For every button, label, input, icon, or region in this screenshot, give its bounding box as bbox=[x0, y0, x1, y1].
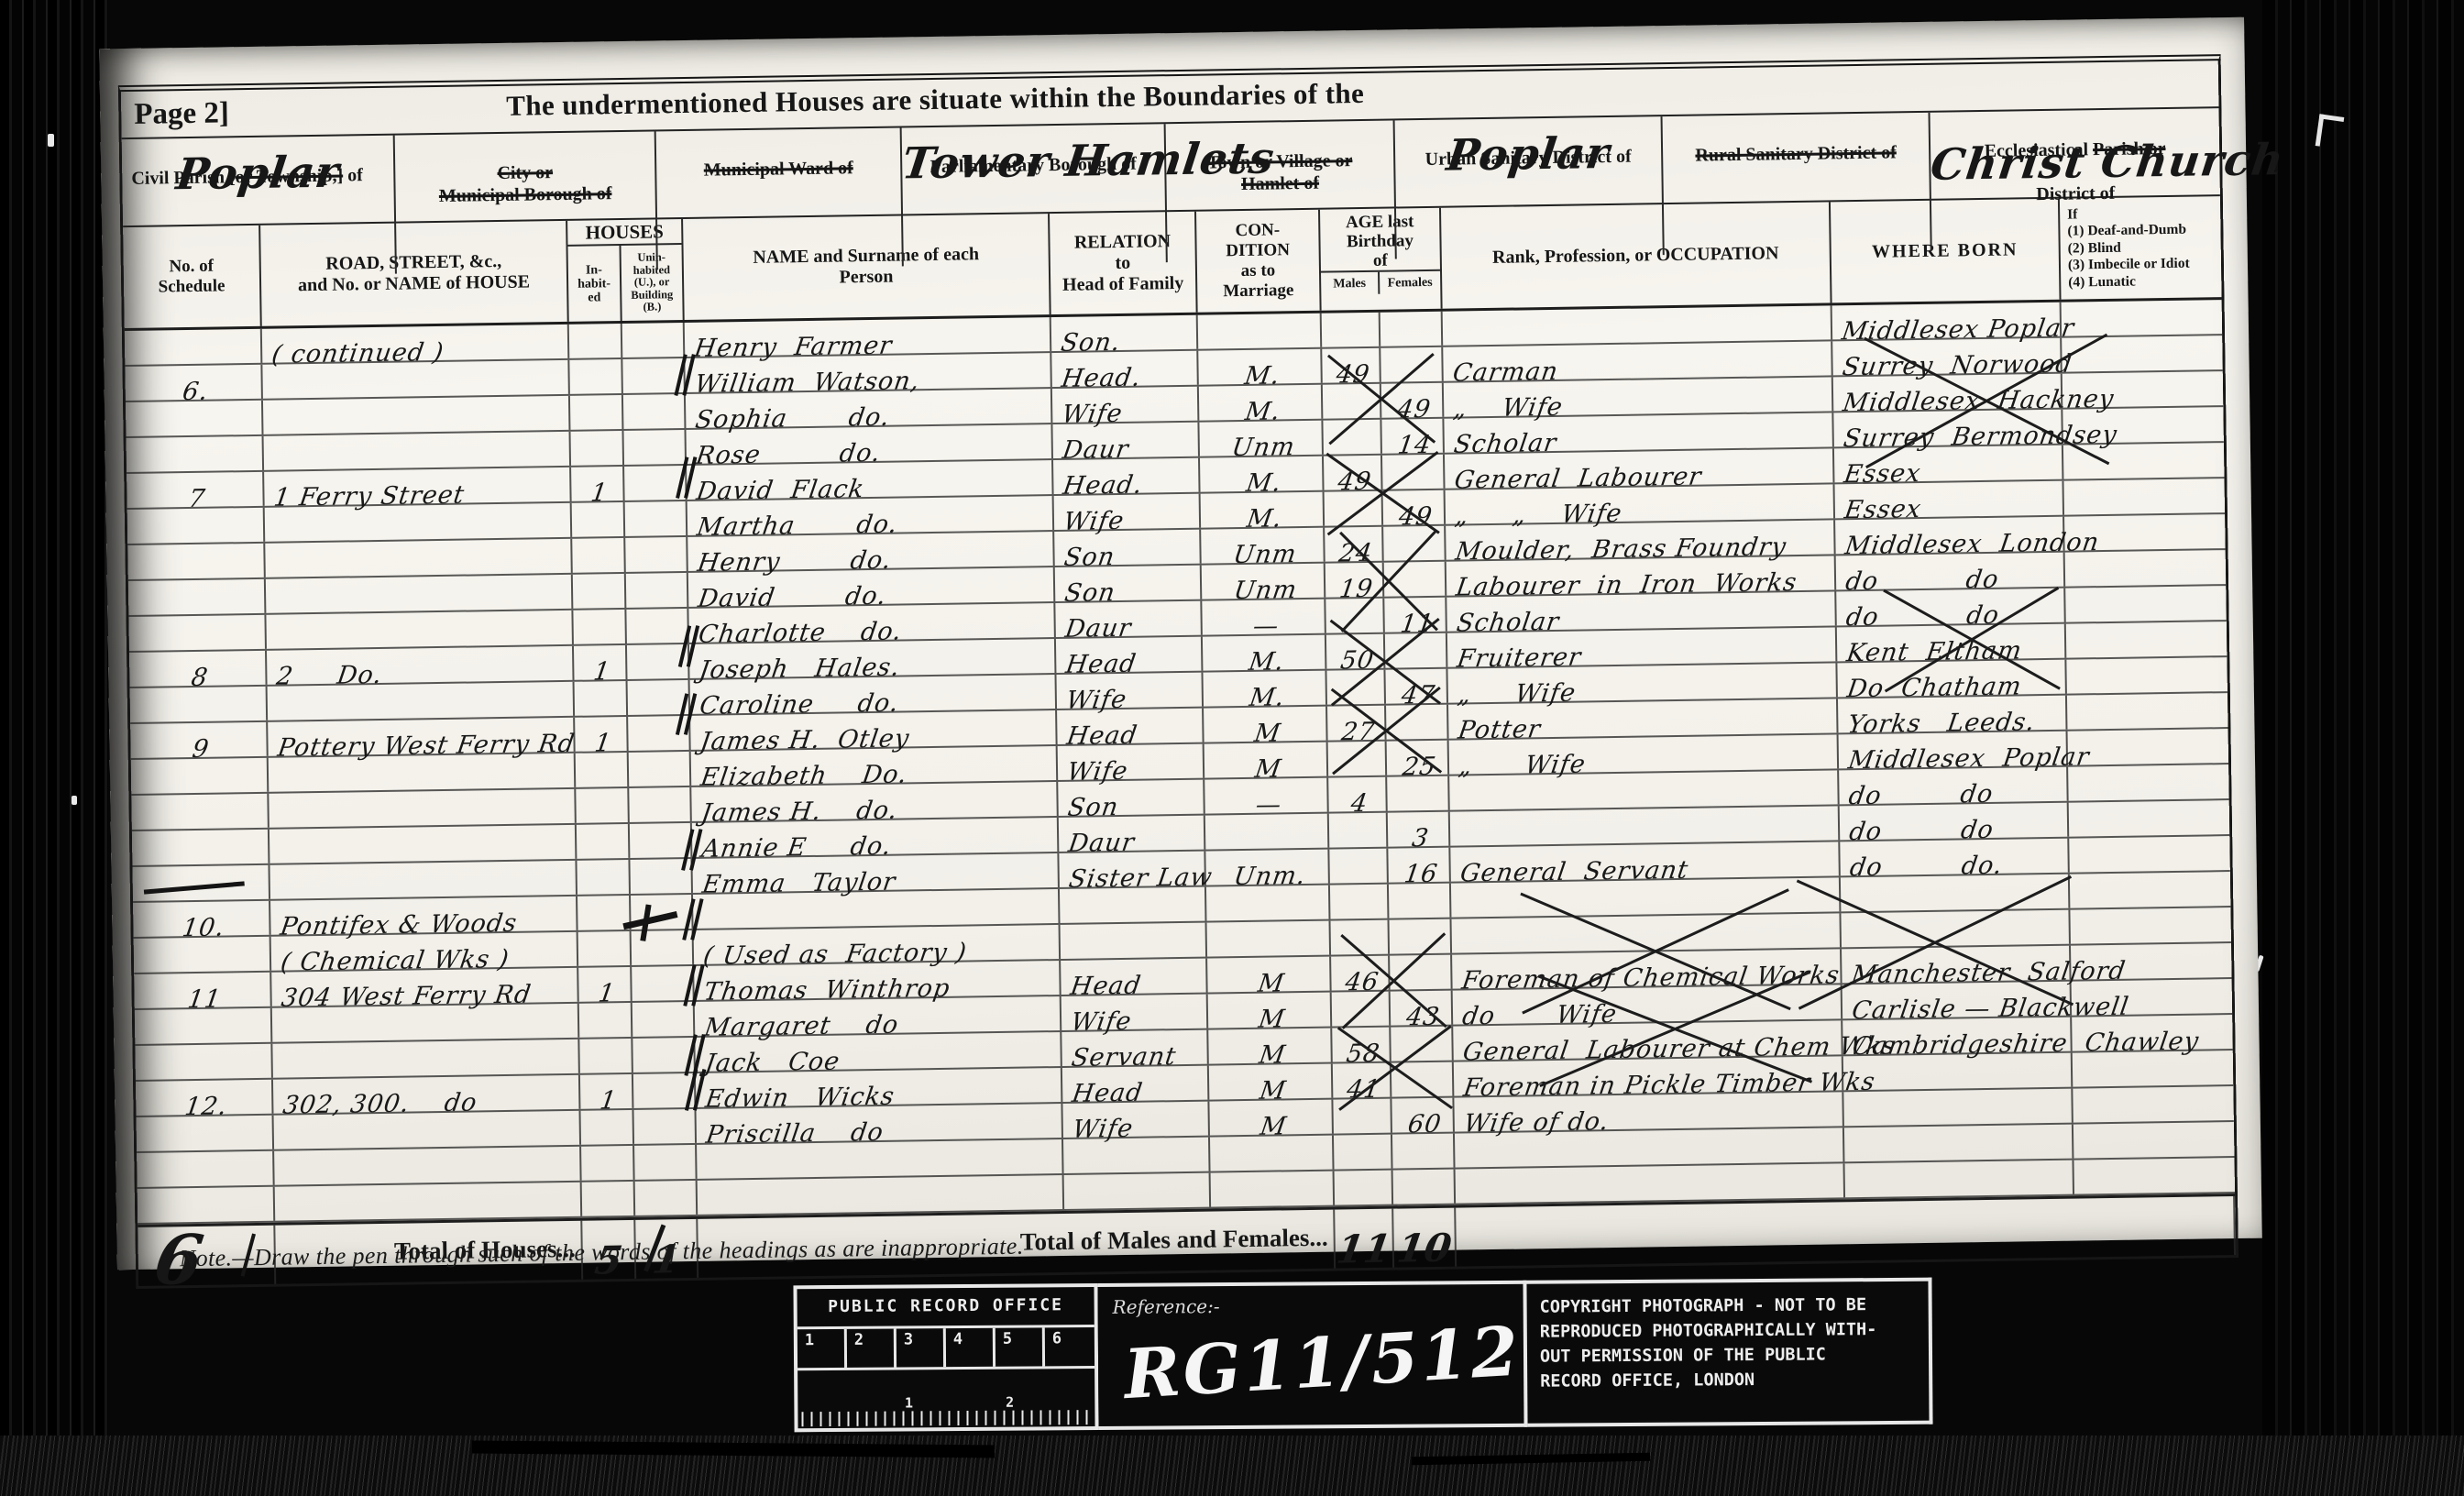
handwritten-name: Sophia do. bbox=[694, 403, 892, 434]
handwritten-name: Thomas Winthrop bbox=[702, 974, 952, 1006]
cell-name: ( Used as Factory ) bbox=[694, 925, 1061, 964]
cell-uninhabited bbox=[628, 716, 691, 751]
ruler-number: 2 bbox=[847, 1329, 896, 1368]
cell-inhabited bbox=[570, 431, 624, 466]
handwritten-where-born: Middlesex Poplar bbox=[1840, 313, 2076, 346]
cell-infirmity bbox=[2066, 657, 2227, 694]
ruler-number: 1 bbox=[797, 1329, 847, 1368]
field-town-village: Town or Village or Hamlet of bbox=[1166, 120, 1397, 262]
cell-uninhabited bbox=[623, 394, 687, 429]
cell-age-female: 47 bbox=[1385, 669, 1448, 704]
handwritten-relation: Head bbox=[1071, 1079, 1145, 1108]
cell-infirmity bbox=[2073, 1158, 2235, 1194]
cell-age-female: 16 bbox=[1388, 848, 1451, 883]
cell-age-female bbox=[1391, 1062, 1455, 1097]
ruler-ticks bbox=[801, 1410, 1091, 1426]
handwritten-relation: Head. bbox=[1060, 364, 1143, 393]
cell-where-born bbox=[1841, 910, 2071, 948]
handwritten-name: Elizabeth Do. bbox=[698, 760, 909, 791]
handwritten-age-male: 27 bbox=[1340, 718, 1378, 747]
handwritten-relation: Head. bbox=[1061, 471, 1145, 500]
handwritten-condition: M. bbox=[1245, 504, 1284, 533]
handwritten-condition: M. bbox=[1244, 468, 1283, 498]
handwritten-condition: M bbox=[1252, 719, 1282, 747]
handwritten-occupation: Wife of do. bbox=[1462, 1107, 1611, 1138]
field-label-struck: Town or Village or Hamlet of bbox=[1207, 150, 1353, 194]
handwritten-where-born: Cambridgeshire Chawley bbox=[1851, 1028, 2201, 1061]
cell-inhabited bbox=[579, 1039, 633, 1073]
handwritten-where-born: Surrey Bermondsey bbox=[1842, 421, 2119, 453]
cell-uninhabited bbox=[633, 1073, 697, 1108]
handwritten-condition: Unm bbox=[1229, 433, 1296, 462]
cell-age-male: 46 bbox=[1331, 956, 1391, 991]
handwritten-where-born: Essex bbox=[1842, 495, 1923, 524]
cell-uninhabited bbox=[629, 787, 692, 822]
handwritten-condition: M bbox=[1258, 1112, 1288, 1140]
handwritten-name: Priscilla do bbox=[704, 1118, 885, 1149]
cell-infirmity bbox=[2068, 729, 2229, 765]
cell-occupation bbox=[1450, 806, 1841, 845]
cell-age-male: 49 bbox=[1322, 348, 1381, 383]
handwritten-value: Christ Church bbox=[1930, 150, 2221, 177]
handwritten-schedule: 12. bbox=[183, 1092, 229, 1121]
handwritten-where-born: Essex bbox=[1842, 459, 1923, 489]
cell-age-male bbox=[1333, 1099, 1392, 1134]
cell-occupation bbox=[1451, 913, 1842, 952]
cell-age-male: 49 bbox=[1324, 456, 1383, 490]
cell-inhabited bbox=[573, 574, 627, 609]
handwritten-condition: M bbox=[1256, 969, 1286, 997]
handwritten-condition: Unm bbox=[1231, 540, 1298, 569]
handwritten-total: 11 bbox=[1334, 1226, 1393, 1272]
col-header-females: Females bbox=[1380, 271, 1440, 294]
cell-uninhabited bbox=[635, 1181, 698, 1215]
cell-road bbox=[266, 575, 574, 613]
cell-schedule: 10. bbox=[133, 901, 271, 937]
copyright-line: COPYRIGHT PHOTOGRAPH - NOT TO BE bbox=[1540, 1292, 1916, 1320]
copyright-line: RECORD OFFICE, LONDON bbox=[1540, 1367, 1916, 1394]
cell-name: Henry Farmer bbox=[685, 317, 1052, 357]
handwritten-where-born: Surrey Norwood bbox=[1841, 349, 2074, 381]
cell-inhabited bbox=[581, 1146, 635, 1181]
handwritten-age-male: 19 bbox=[1337, 575, 1375, 604]
cell-age-male: 24 bbox=[1325, 527, 1384, 562]
handwritten-name: Emma Taylor bbox=[700, 868, 897, 899]
handwritten-age-male: 24 bbox=[1337, 539, 1375, 568]
handwritten-condition: M bbox=[1256, 1005, 1286, 1033]
cell-road bbox=[266, 610, 574, 649]
cell-age-male bbox=[1328, 742, 1388, 776]
cell-infirmity bbox=[2065, 586, 2227, 622]
cell-age-male bbox=[1325, 599, 1385, 633]
field-municipal-ward: Municipal Ward of bbox=[656, 127, 904, 269]
cell-infirmity bbox=[2070, 872, 2231, 908]
handwritten-relation: Wife bbox=[1069, 1007, 1133, 1037]
handwritten-age-male: 49 bbox=[1335, 360, 1372, 390]
handwritten-occupation: Moulder, Brass Foundry bbox=[1454, 533, 1788, 566]
cell-schedule: 9 bbox=[130, 722, 269, 758]
handwritten-age-female: 25 bbox=[1401, 753, 1438, 782]
cell-infirmity bbox=[2069, 836, 2230, 873]
cell-age-female bbox=[1382, 455, 1446, 489]
handwritten-occupation: „ Wife bbox=[1457, 750, 1588, 780]
cell-inhabited bbox=[569, 359, 623, 394]
cell-relation: Son. bbox=[1051, 315, 1199, 351]
handwritten-age-female: 14 bbox=[1396, 431, 1434, 460]
handwritten-name: Martha do. bbox=[695, 511, 899, 542]
cell-condition bbox=[1198, 313, 1323, 349]
handwritten-age-male: 41 bbox=[1345, 1075, 1382, 1105]
cell-age-male: 58 bbox=[1332, 1028, 1391, 1062]
handwritten-occupation: do Wife bbox=[1460, 1000, 1619, 1031]
field-label-struck: City or Municipal Borough of bbox=[439, 162, 612, 206]
cell-age-male bbox=[1335, 1171, 1394, 1205]
handwritten-where-born: Kent Eltham bbox=[1844, 636, 2024, 667]
cell-road bbox=[269, 861, 577, 899]
cell-uninhabited bbox=[624, 466, 687, 500]
handwritten-relation: Servant bbox=[1070, 1042, 1178, 1072]
cell-schedule bbox=[127, 544, 266, 579]
totals-females-cell: 10 bbox=[1393, 1208, 1457, 1268]
cell-schedule: 8 bbox=[129, 651, 268, 687]
ruler-number: 2 bbox=[1006, 1394, 1014, 1411]
cell-road bbox=[275, 1182, 583, 1221]
cell-occupation: General Servant bbox=[1450, 841, 1841, 881]
cell-age-male bbox=[1323, 384, 1382, 419]
handwritten-condition: M. bbox=[1247, 647, 1286, 676]
handwritten-schedule: 10. bbox=[181, 913, 226, 942]
cell-inhabited bbox=[573, 610, 627, 644]
copyright-line: REPRODUCED PHOTOGRAPHICALLY WITH- bbox=[1540, 1317, 1916, 1345]
handwritten-value: Poplar bbox=[121, 161, 395, 187]
cell-age-male: 4 bbox=[1328, 777, 1388, 812]
cell-infirmity bbox=[2068, 764, 2229, 801]
handwritten-name: David do. bbox=[696, 582, 888, 613]
cell-age-male bbox=[1323, 420, 1382, 455]
handwritten-occupation: Labourer in Iron Works bbox=[1454, 568, 1798, 602]
ruler-number: 1 bbox=[905, 1394, 913, 1411]
handwritten-condition: M bbox=[1258, 1076, 1288, 1105]
cell-infirmity bbox=[2062, 300, 2223, 336]
handwritten-road: 304 West Ferry Rd bbox=[280, 981, 533, 1013]
cell-age-female: 43 bbox=[1391, 991, 1454, 1026]
handwritten-name: James H. do. bbox=[699, 797, 899, 828]
cell-age-female: 3 bbox=[1388, 812, 1451, 847]
handwritten-occupation: „ „ Wife bbox=[1453, 500, 1624, 531]
cell-age-female: 11 bbox=[1384, 598, 1447, 632]
handwritten-relation: Son bbox=[1062, 543, 1117, 572]
pro-copyright-box: COPYRIGHT PHOTOGRAPH - NOT TO BE REPRODU… bbox=[1526, 1278, 1932, 1427]
cell-road bbox=[263, 396, 571, 434]
cell-road: Pottery West Ferry Rd bbox=[268, 718, 576, 756]
handwritten-where-born: do do. bbox=[1848, 852, 2005, 883]
cell-infirmity bbox=[2073, 1086, 2234, 1123]
handwritten-occupation: Potter bbox=[1457, 715, 1543, 744]
cell-inhabited: 1 bbox=[575, 717, 629, 752]
cell-relation: Head bbox=[1061, 959, 1208, 995]
cell-age-female: 49 bbox=[1383, 490, 1446, 525]
pro-office-label: PUBLIC RECORD OFFICE bbox=[797, 1287, 1094, 1326]
cell-road bbox=[269, 825, 577, 863]
cell-inhabited bbox=[577, 824, 631, 859]
cell-uninhabited bbox=[632, 1002, 696, 1037]
cell-inhabited bbox=[575, 681, 629, 716]
handwritten-condition: — bbox=[1250, 611, 1280, 640]
handwritten-total: 10 bbox=[1394, 1226, 1454, 1271]
cell-age-male bbox=[1331, 920, 1391, 955]
cell-infirmity bbox=[2067, 693, 2228, 730]
handwritten-road: 2 Do. bbox=[275, 661, 385, 691]
cell-uninhabited bbox=[632, 1038, 696, 1072]
handwritten-condition: — bbox=[1253, 790, 1282, 819]
cell-road: 1 Ferry Street bbox=[264, 467, 572, 506]
ruler-number: 6 bbox=[1045, 1327, 1094, 1366]
cell-road: 302, 300. do bbox=[273, 1075, 581, 1114]
microfilm-frame: Page 2] The undermentioned Houses are si… bbox=[0, 0, 2464, 1496]
cell-age-female: 60 bbox=[1391, 1098, 1455, 1133]
cell-age-male: 19 bbox=[1325, 563, 1385, 598]
table-body-wrap: ( continued ) Henry Farmer Son. Middlese… bbox=[125, 300, 2235, 1225]
field-label-struck: Municipal Ward of bbox=[704, 158, 853, 180]
cell-age-male: 41 bbox=[1333, 1063, 1392, 1098]
cell-age-male bbox=[1329, 849, 1389, 884]
cell-inhabited bbox=[578, 931, 632, 966]
handwritten-occupation: General Labourer bbox=[1453, 463, 1704, 495]
cell-infirmity bbox=[2063, 478, 2225, 515]
cell-relation bbox=[1061, 923, 1208, 959]
field-civil-parish: Civil Parish [or Township,] of Poplar bbox=[122, 136, 397, 278]
handwritten-occupation: Scholar bbox=[1452, 429, 1558, 459]
handwritten-name: Rose do. bbox=[694, 439, 883, 470]
reference-number: RG11/512 bbox=[1122, 1313, 1523, 1415]
handwritten-where-born: do do bbox=[1844, 601, 2001, 632]
handwritten-name: Henry Farmer bbox=[692, 332, 894, 363]
pro-ruler-box: PUBLIC RECORD OFFICE 1 2 3 4 5 6 1 2 bbox=[793, 1283, 1098, 1432]
film-artifact bbox=[2315, 114, 2345, 148]
cell-age-female bbox=[1384, 562, 1447, 597]
cell-infirmity bbox=[2069, 800, 2230, 837]
pro-ruler-fine: 1 2 bbox=[797, 1369, 1094, 1428]
cell-uninhabited bbox=[625, 537, 688, 572]
cell-road bbox=[269, 789, 577, 828]
handwritten-road: ( Chemical Wks ) bbox=[279, 945, 511, 977]
cell-inhabited bbox=[579, 1003, 633, 1038]
totals-males-cell: 11 bbox=[1335, 1209, 1394, 1269]
cell-age-female: 25 bbox=[1387, 741, 1450, 775]
cell-occupation: Foreman of Chemical Works bbox=[1452, 949, 1842, 988]
handwritten-name: Caroline do. bbox=[698, 689, 901, 720]
ruler-number: 5 bbox=[995, 1327, 1045, 1366]
cell-schedule bbox=[135, 1044, 273, 1080]
handwritten-relation: Wife bbox=[1071, 1115, 1135, 1144]
cell-inhabited bbox=[582, 1182, 636, 1216]
cell-inhabited bbox=[569, 324, 623, 358]
handwritten-name: James H. Otley bbox=[698, 724, 912, 755]
cell-schedule bbox=[125, 329, 263, 365]
handwritten-name: Joseph Hales. bbox=[698, 654, 902, 685]
cell-schedule bbox=[126, 436, 265, 472]
handwritten-where-born: Middlesex London bbox=[1843, 528, 2102, 560]
cell-inhabited bbox=[577, 860, 631, 895]
handwritten-value: Poplar bbox=[1394, 142, 1663, 168]
handwritten-relation: Wife bbox=[1061, 507, 1126, 536]
handwritten-condition: Unm bbox=[1232, 576, 1299, 605]
cell-uninhabited bbox=[634, 1145, 698, 1180]
table-body: ( continued ) Henry Farmer Son. Middlese… bbox=[125, 300, 2235, 1225]
handwritten-schedule: 11 bbox=[186, 985, 224, 1015]
field-urban-sanitary: Urban Sanitary District of Poplar bbox=[1395, 116, 1665, 258]
totals-empty-cell bbox=[1456, 1196, 2236, 1267]
handwritten-name: Jack Coe bbox=[703, 1048, 841, 1078]
cell-uninhabited bbox=[633, 1109, 697, 1144]
handwritten-condition: M. bbox=[1248, 683, 1287, 712]
cell-inhabited bbox=[576, 753, 630, 787]
handwritten-age-female: 43 bbox=[1404, 1003, 1442, 1032]
cell-road bbox=[264, 432, 572, 470]
handwritten-where-born: Do Chatham bbox=[1845, 672, 2024, 703]
cell-inhabited bbox=[580, 1110, 634, 1145]
cell-age-male bbox=[1330, 885, 1390, 919]
field-ecclesiastical: Ecclesiastical Parish or District of Chr… bbox=[1930, 108, 2220, 251]
cell-schedule: 12. bbox=[136, 1080, 274, 1116]
handwritten-road: 1 Ferry Street bbox=[272, 481, 467, 512]
handwritten-occupation: Carman bbox=[1451, 357, 1560, 388]
field-label-struck: Rural Sanitary District of bbox=[1695, 142, 1897, 165]
cell-uninhabited bbox=[632, 930, 695, 965]
field-parliamentary-borough: Parliamentary Borough of Tower Hamlets bbox=[902, 124, 1168, 266]
cell-age-female bbox=[1392, 1134, 1456, 1169]
ruler-number: 4 bbox=[946, 1328, 995, 1367]
cell-uninhabited bbox=[627, 644, 690, 679]
cell-age-female bbox=[1380, 312, 1444, 346]
cell-road bbox=[274, 1147, 582, 1185]
handwritten-relation: Head bbox=[1065, 721, 1139, 751]
handwritten-occupation: General Servant bbox=[1458, 856, 1690, 888]
handwritten-road: ( continued ) bbox=[269, 338, 445, 369]
cell-age-female bbox=[1393, 1170, 1457, 1204]
handwritten-where-born: Middlesex Hackney bbox=[1841, 385, 2116, 417]
handwritten-relation: Wife bbox=[1065, 757, 1129, 786]
cell-where-born: Manchester Salford bbox=[1842, 946, 2072, 984]
handwritten-where-born: Carlisle — Blackwell bbox=[1850, 993, 2130, 1026]
handwritten-name: ( Used as Factory ) bbox=[701, 938, 969, 970]
handwritten-condition: M. bbox=[1242, 361, 1281, 390]
handwritten-relation: Son bbox=[1062, 578, 1117, 608]
page-number-label: Page 2] bbox=[134, 96, 229, 132]
field-municipal-borough: City or Municipal Borough of bbox=[395, 131, 658, 273]
cell-road: ( continued ) bbox=[262, 324, 570, 363]
handwritten-name: William Watson, bbox=[693, 367, 922, 399]
handwritten-relation: Wife bbox=[1064, 686, 1128, 715]
cell-condition: M. bbox=[1198, 349, 1323, 385]
cell-inhabited bbox=[576, 788, 630, 823]
pro-reference-box: Reference:- RG11/512 bbox=[1097, 1281, 1527, 1430]
cell-occupation bbox=[1456, 1163, 1846, 1203]
cell-age-female bbox=[1385, 633, 1448, 668]
handwritten-name: Margaret do bbox=[702, 1011, 900, 1042]
cell-age-male bbox=[1322, 313, 1381, 347]
cell-schedule bbox=[132, 830, 270, 865]
cell-uninhabited bbox=[630, 823, 693, 858]
cell-condition: M bbox=[1207, 957, 1332, 993]
handwritten-value: Tower Hamlets bbox=[901, 149, 1166, 175]
cell-uninhabited bbox=[626, 609, 689, 643]
handwritten-relation: Daur bbox=[1063, 614, 1133, 643]
cell-inhabited: 1 bbox=[580, 1074, 634, 1109]
handwritten-age-female: 60 bbox=[1406, 1110, 1444, 1139]
cell-condition bbox=[1207, 921, 1332, 957]
cell-uninhabited bbox=[622, 323, 686, 357]
cell-age-female: 14 bbox=[1381, 419, 1445, 454]
cell-where-born bbox=[1844, 1160, 2074, 1198]
cell-age-female bbox=[1390, 919, 1453, 954]
cell-age-male bbox=[1334, 1135, 1393, 1170]
cell-schedule: 7 bbox=[126, 472, 265, 508]
handwritten-condition: M. bbox=[1243, 397, 1282, 426]
cell-uninhabited bbox=[625, 501, 688, 536]
cell-schedule: 11 bbox=[134, 973, 272, 1008]
handwritten-age-female: 49 bbox=[1395, 395, 1433, 424]
cell-uninhabited bbox=[632, 966, 695, 1001]
handwritten-age-female: 47 bbox=[1400, 681, 1437, 710]
handwritten-name: Annie E do. bbox=[699, 832, 893, 863]
cell-road bbox=[272, 1039, 580, 1078]
handwritten-where-born: Yorks Leeds. bbox=[1846, 708, 2038, 739]
cell-schedule: 6. bbox=[125, 365, 263, 401]
ruler-number: 3 bbox=[896, 1328, 946, 1367]
cell-infirmity bbox=[2073, 1122, 2235, 1159]
handwritten-relation: Daur bbox=[1061, 435, 1130, 465]
cell-inhabited: 1 bbox=[571, 467, 625, 501]
handwritten-name: Edwin Wicks bbox=[704, 1083, 897, 1114]
pro-ruler-inches: 1 2 3 4 5 6 bbox=[797, 1325, 1094, 1370]
cell-schedule bbox=[137, 1151, 275, 1187]
film-edge-right bbox=[2262, 0, 2464, 1496]
handwritten-occupation: Foreman of Chemical Works bbox=[1460, 961, 1842, 995]
cell-infirmity bbox=[2070, 907, 2231, 944]
handwritten-where-born: Middlesex Poplar bbox=[1846, 742, 2091, 775]
cell-uninhabited bbox=[630, 859, 693, 894]
cell-uninhabited bbox=[623, 430, 687, 465]
handwritten-condition: M bbox=[1257, 1040, 1287, 1069]
handwritten-name: Henry do. bbox=[696, 546, 894, 577]
cell-age-female bbox=[1383, 526, 1446, 561]
cell-age-male bbox=[1326, 670, 1386, 705]
cell-age-male: 27 bbox=[1327, 706, 1387, 741]
cell-inhabited bbox=[577, 896, 632, 930]
handwritten-age-male: 50 bbox=[1338, 646, 1376, 676]
handwritten-where-born: do do bbox=[1843, 566, 2000, 597]
page-title: The undermentioned Houses are situate wi… bbox=[506, 77, 1365, 123]
film-edge-bottom bbox=[0, 1435, 2464, 1496]
cell-where-born bbox=[1844, 1125, 2074, 1162]
handwritten-relation: Sister Law bbox=[1067, 863, 1215, 893]
handwritten-relation: Daur bbox=[1066, 829, 1136, 858]
census-page: Page 2] The undermentioned Houses are si… bbox=[99, 17, 2262, 1270]
cell-age-male bbox=[1329, 813, 1389, 848]
table-frame: Page 2] The undermentioned Houses are si… bbox=[118, 54, 2238, 1289]
cell-name bbox=[698, 1175, 1065, 1215]
col-header-males: Males bbox=[1321, 272, 1380, 295]
cell-schedule bbox=[132, 865, 270, 901]
cell-relation bbox=[1064, 1173, 1212, 1209]
handwritten-relation: Head bbox=[1069, 972, 1143, 1001]
handwritten-where-born: Manchester Salford bbox=[1850, 957, 2128, 990]
reference-label: Reference:- bbox=[1113, 1295, 1220, 1318]
cell-uninhabited bbox=[626, 573, 689, 608]
cell-infirmity bbox=[2066, 621, 2227, 658]
handwritten-age-male: 49 bbox=[1336, 467, 1373, 497]
